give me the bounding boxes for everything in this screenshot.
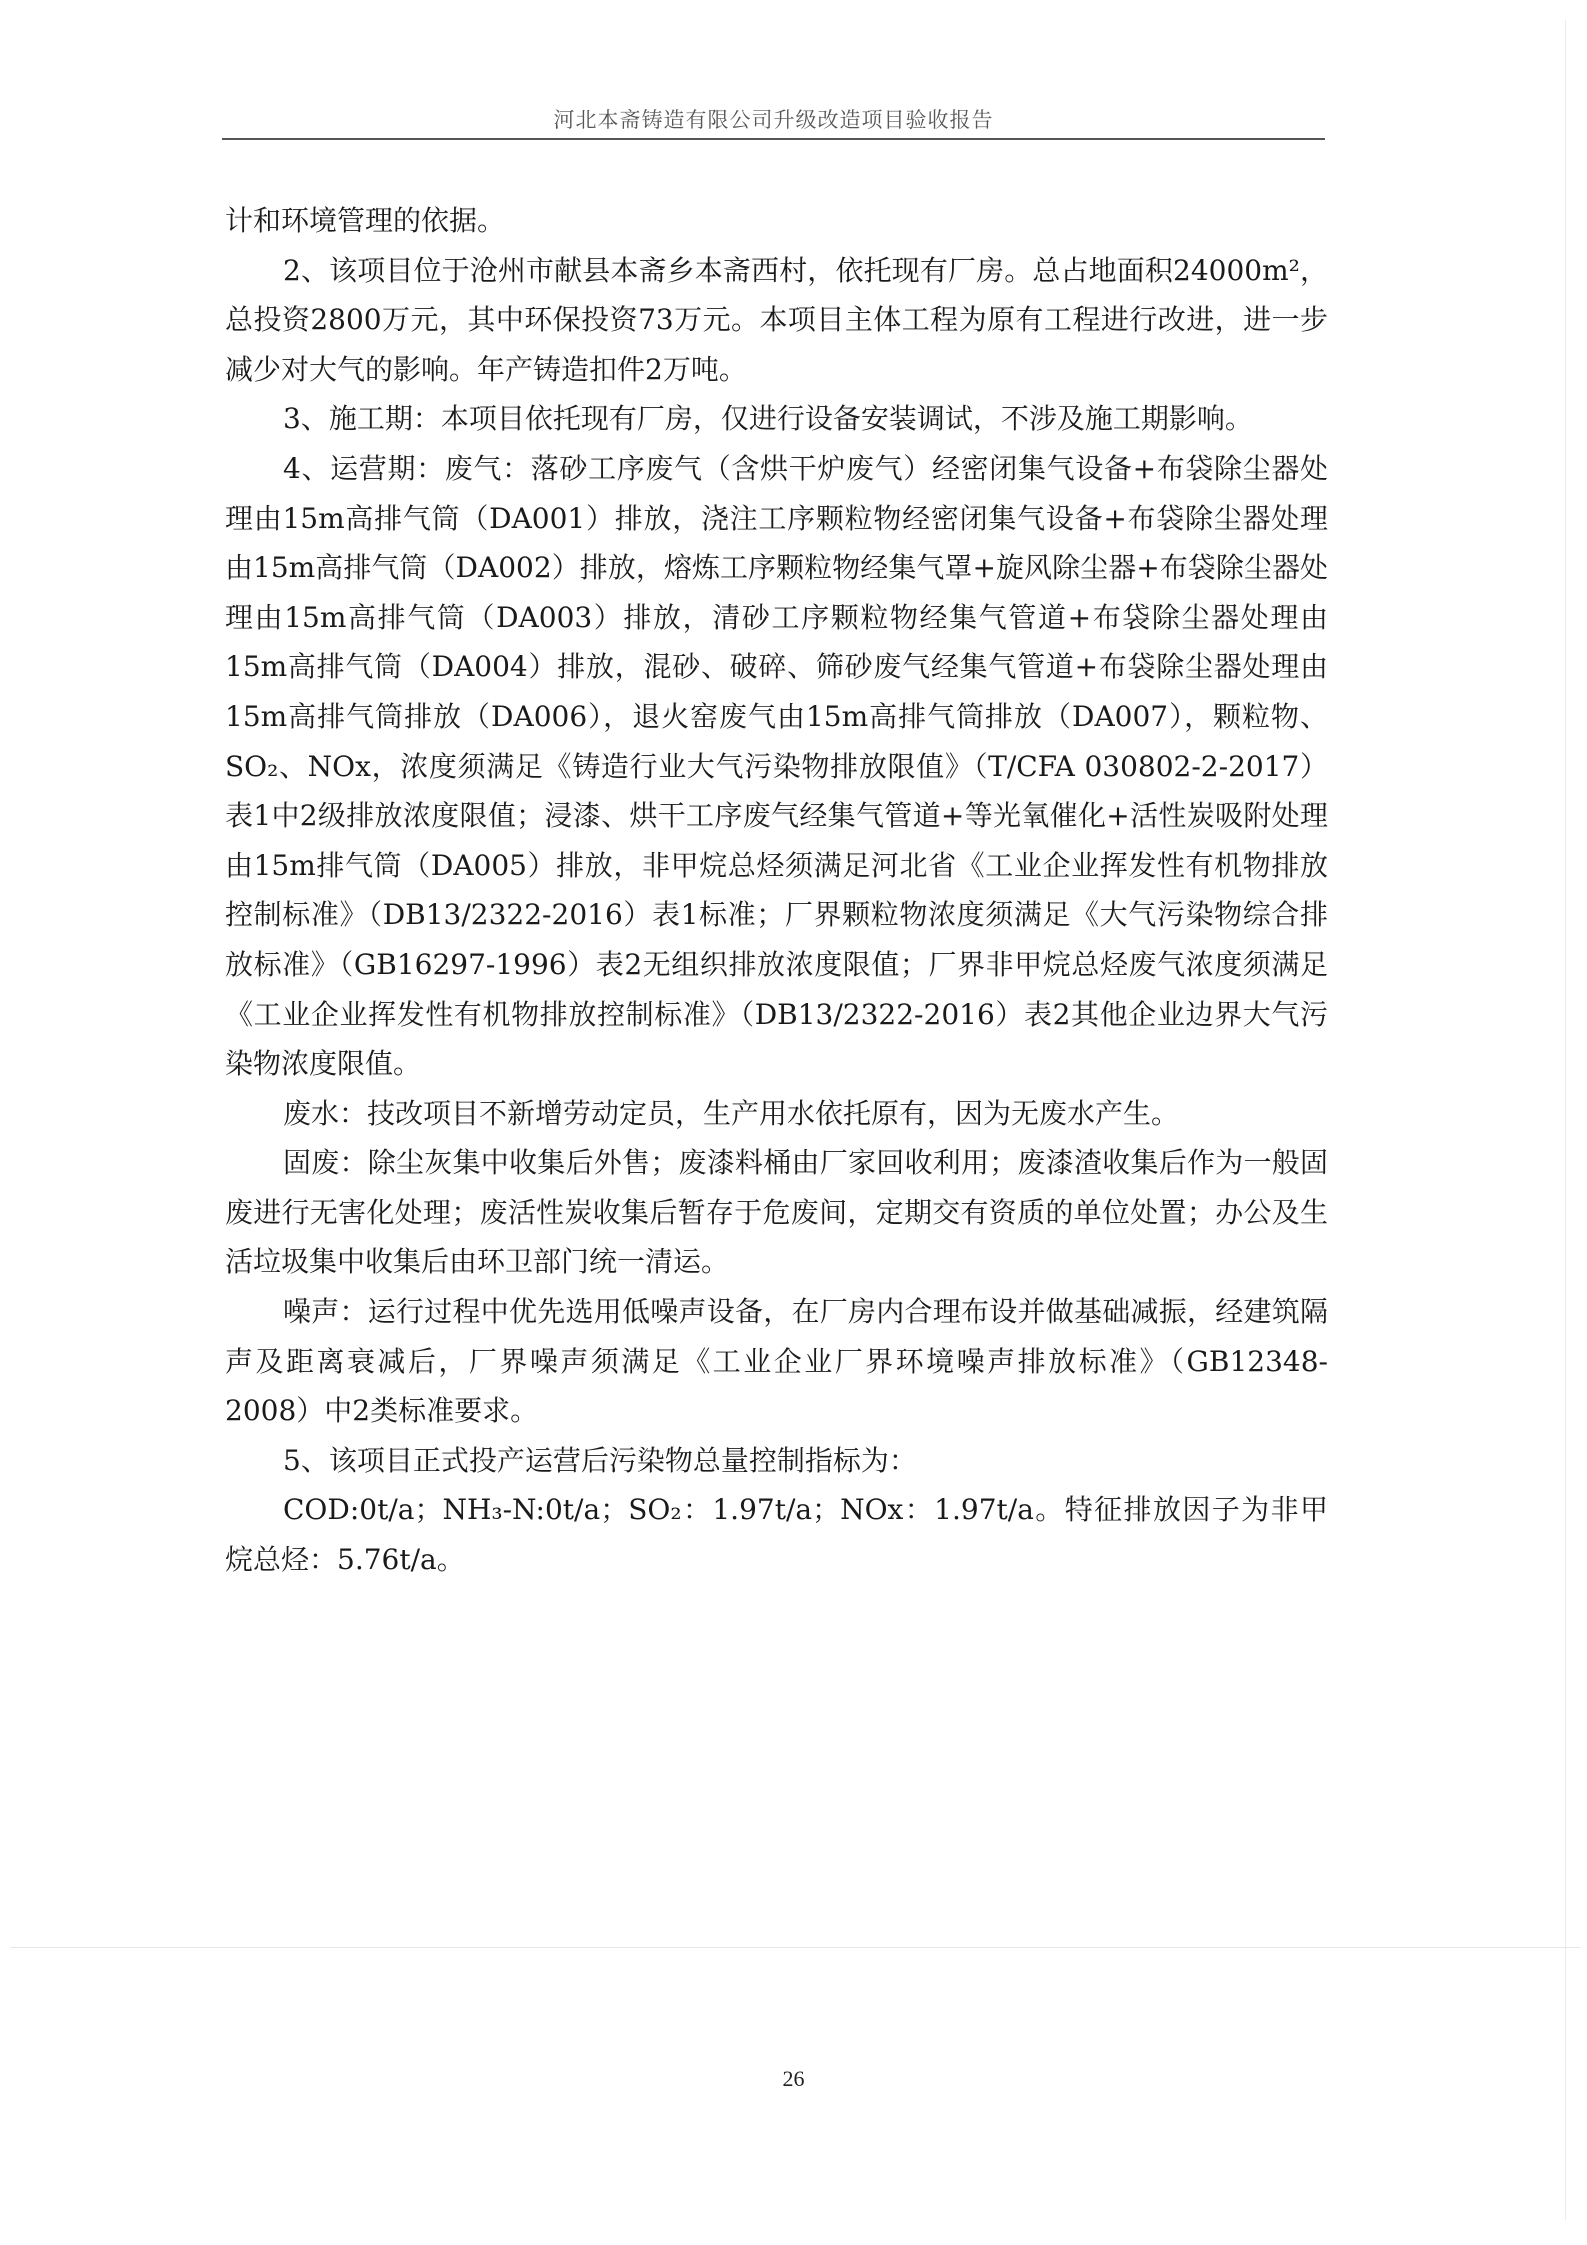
paragraph-item-2: 2、该项目位于沧州市献县本斋乡本斋西村，依托现有厂房。总占地面积24000m²，… (225, 246, 1328, 395)
document-body: 计和环境管理的依据。 2、该项目位于沧州市献县本斋乡本斋西村，依托现有厂房。总占… (225, 196, 1328, 1585)
paragraph-continuation: 计和环境管理的依据。 (225, 196, 1328, 246)
paragraph-emission-totals: COD:0t/a；NH₃-N:0t/a；SO₂：1.97t/a；NOx：1.97… (225, 1485, 1328, 1584)
scan-artifact-line (10, 1947, 1580, 1948)
paragraph-noise: 噪声：运行过程中优先选用低噪声设备，在厂房内合理布设并做基础减振，经建筑隔声及距… (225, 1287, 1328, 1436)
paragraph-item-5: 5、该项目正式投产运营后污染物总量控制指标为： (225, 1436, 1328, 1486)
paragraph-wastewater: 废水：技改项目不新增劳动定员，生产用水依托原有，因为无废水产生。 (225, 1089, 1328, 1139)
page-number: 26 (0, 2066, 1587, 2092)
scan-edge-line (1565, 20, 1566, 2220)
running-header: 河北本斋铸造有限公司升级改造项目验收报告 (222, 104, 1325, 134)
paragraph-solid-waste: 固废：除尘灰集中收集后外售；废漆料桶由厂家回收利用；废漆渣收集后作为一般固废进行… (225, 1138, 1328, 1287)
header-rule (222, 138, 1325, 140)
paragraph-item-3: 3、施工期：本项目依托现有厂房，仅进行设备安装调试，不涉及施工期影响。 (225, 394, 1328, 444)
paragraph-item-4-exhaust: 4、运营期：废气：落砂工序废气（含烘干炉废气）经密闭集气设备+布袋除尘器处理由1… (225, 444, 1328, 1089)
